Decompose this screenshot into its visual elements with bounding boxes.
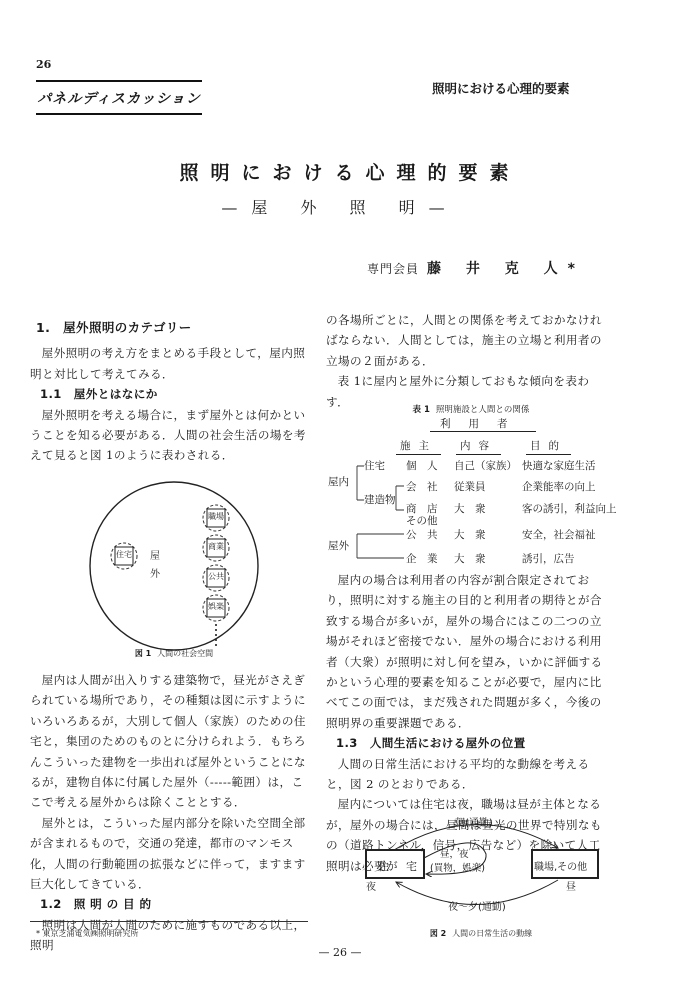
left-column-bottom: 屋内は人間が出入りする建築物で，昼光がさえぎられている場所であり，その種類は図に… (30, 670, 308, 956)
section-1-paragraph: 屋外照明の考え方をまとめる手段として，屋内照明と対比して考えてみる． (30, 343, 308, 384)
figure-2-bottom-arrow-label: 夜～夕(通勤) (448, 898, 506, 913)
figure-2-top-arrow-label: 朝(通勤) (455, 814, 493, 829)
figure-2-home-box: 住 宅 (378, 858, 420, 874)
figure-1-caption: 図 1人間の社会空間 (86, 648, 262, 659)
figure-1-node-public: 公共 (208, 571, 224, 582)
figure-1-node-work: 職場 (208, 511, 224, 522)
author-role: 専門会員 (367, 262, 419, 276)
table-row-2-owner: 会 社 (406, 479, 438, 494)
table-1: 利用者 施主 内容 目的 屋内 屋外 住宅 建造物 個 人 自己（家族） 快適な… (326, 400, 616, 568)
footnote-divider (30, 921, 308, 922)
page-number-top: 26 (36, 58, 51, 71)
continuation-paragraph: の各場所ごとに，人間との関係を考えておかなければならない．人間としては，施主の立… (326, 310, 608, 371)
section-1-3-heading: 1.3 人間生活における屋外の位置 (336, 733, 608, 753)
figure-2-caption-text: 人間の日常生活の動線 (452, 929, 532, 938)
table-row-4-purpose: 安全，社会福祉 (522, 527, 596, 542)
figure-2-caption: 図 2人間の日常生活の動線 (336, 928, 626, 939)
section-1-2-heading: 1.2 照 明 の 目 的 (40, 894, 308, 914)
footnote: * 東京芝浦電気㈱照明研究所 (36, 928, 139, 939)
table-row-5-owner: 企 業 (406, 551, 438, 566)
figure-1-label: 図 1 (135, 649, 151, 658)
right-column-top: の各場所ごとに，人間との関係を考えておかなければならない．人間としては，施主の立… (326, 310, 608, 412)
section-1-3-paragraph-1: 人間の日常生活における平均的な動線を考えると，図 2 のとおりである． (326, 754, 608, 795)
figure-1-diagram (86, 478, 262, 654)
figure-1-home-label: 住宅 (116, 549, 132, 560)
table-sub-house: 住宅 (364, 458, 385, 473)
page-number-footer: — 26 — (0, 946, 680, 959)
section-1-1-heading: 1.1 屋外とはなにか (40, 384, 308, 404)
table-row-2-content: 従業員 (454, 479, 486, 494)
author-name: 藤 井 克 人* (427, 261, 585, 277)
outdoor-paragraph: 屋外とは，こういった屋内部分を除いた空間全部が含まれるもので，交通の発達，都市の… (30, 813, 308, 895)
table-row-1-purpose: 快適な家庭生活 (522, 458, 596, 473)
table-row-3-owner-2: その他 (406, 513, 438, 528)
figure-2-work-box: 職場,その他 (534, 858, 587, 873)
running-head: 照明における心理的要素 (432, 79, 570, 97)
figure-2-loop-label-1: 昼，夜 (440, 846, 469, 860)
table-outdoor-label: 屋外 (328, 538, 349, 553)
after-table-paragraph: 屋内の場合は利用者の内容が割合限定されており，照明に対する施主の目的と利用者の期… (326, 570, 608, 733)
figure-1-node-entertainment: 娯楽 (208, 601, 224, 612)
table-row-1-owner: 個 人 (406, 458, 438, 473)
table-row-2-purpose: 企業能率の向上 (522, 479, 596, 494)
series-label: パネルディスカッション (36, 80, 202, 115)
figure-2-loop-label-2: (買物，娯楽) (430, 860, 485, 874)
table-row-5-purpose: 誘引，広告 (522, 551, 575, 566)
figure-1-center-label-2: 外 (150, 565, 160, 580)
figure-1-caption-text: 人間の社会空間 (157, 649, 213, 658)
figure-2-work-time: 昼 (566, 878, 576, 893)
table-row-5-content: 大 衆 (454, 551, 486, 566)
table-indoor-label: 屋内 (328, 474, 349, 489)
table-row-1-content: 自己（家族） (454, 458, 517, 473)
section-1-heading: 1. 屋外照明のカテゴリー (36, 318, 308, 338)
figure-2-home-time: 夜 (366, 878, 376, 893)
figure-2-label: 図 2 (430, 929, 446, 938)
author-line: 専門会員藤 井 克 人* (367, 258, 585, 278)
table-row-4-owner: 公 共 (406, 527, 438, 542)
section-1-1-paragraph: 屋外照明を考える場合に，まず屋外とは何かということを知る必要がある．人間の社会生… (30, 405, 308, 466)
left-column-top: 1. 屋外照明のカテゴリー 屋外照明の考え方をまとめる手段として，屋内照明と対比… (30, 318, 308, 466)
table-row-3-content: 大 衆 (454, 501, 486, 516)
figure-1-node-commerce: 商業 (208, 541, 224, 552)
figure-1-center-label-1: 屋 (150, 547, 160, 562)
indoor-paragraph: 屋内は人間が出入りする建築物で，昼光がさえぎられている場所であり，その種類は図に… (30, 670, 308, 813)
article-subtitle: —屋 外 照 明— (0, 195, 680, 218)
table-sub-building: 建造物 (364, 492, 396, 507)
table-row-3-purpose: 客の誘引，利益向上 (522, 501, 617, 516)
article-title: 照明における心理的要素 (0, 158, 680, 185)
table-row-4-content: 大 衆 (454, 527, 486, 542)
